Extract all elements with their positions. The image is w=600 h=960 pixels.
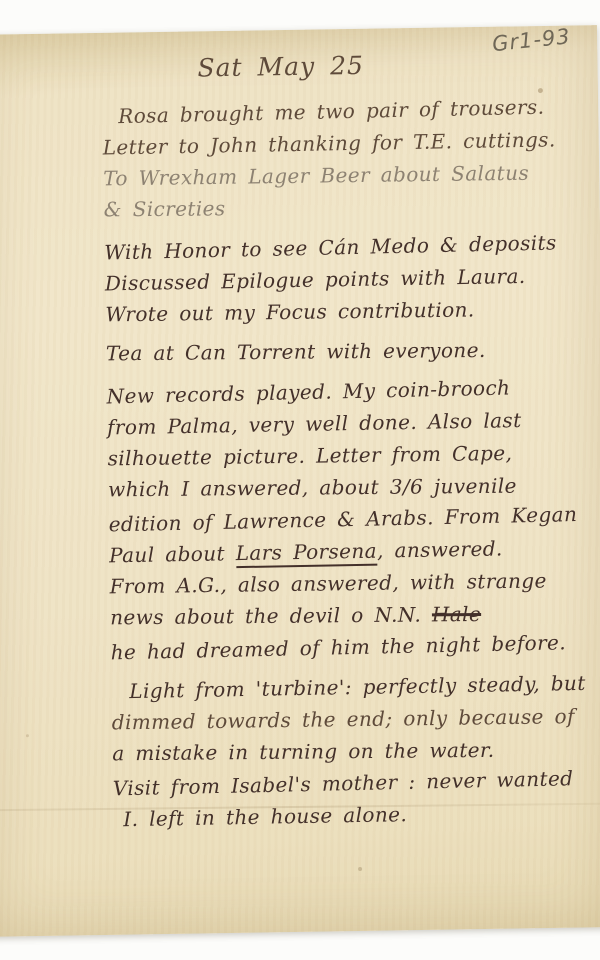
entry-text: edition of Lawrence & Arabs. From Kegan: [108, 502, 577, 536]
entry-text: Light from 'turbine': perfectly steady, …: [129, 671, 586, 703]
entry-text: he had dreamed of him the night before.: [110, 630, 566, 664]
entry-text: Tea at Can Torrent with everyone.: [106, 338, 486, 365]
entry-text: from Palma, very well done. Also last: [107, 408, 522, 439]
entry-text: Visit from Isabel's mother : never wante…: [113, 766, 574, 800]
entry-text: With Honor to see Cán Medo & deposits: [104, 230, 557, 264]
entry-line: & Sicreties: [104, 189, 572, 225]
entry-text: dimmed towards the end; only because of: [112, 704, 575, 734]
entry-date-heading: Sat May 25: [197, 48, 569, 83]
foxing-speck: [26, 734, 29, 737]
entry-text: Discussed Epilogue points with Laura.: [105, 264, 526, 296]
foxing-speck: [538, 88, 543, 93]
entry-text: which I answered, about 3/6 juvenile: [108, 474, 517, 502]
entry-text: , answered.: [377, 536, 503, 562]
entry-text-underline: Lars Porsena: [235, 539, 377, 569]
foxing-speck: [358, 867, 362, 871]
diary-page: Gr1-93 Sat May 25 Rosa brought me two pa…: [0, 25, 600, 937]
entry-text: news about the devil o N.N.: [110, 602, 432, 629]
entry-body: Rosa brought me two pair of trousers.Let…: [102, 92, 582, 835]
entry-text: Rosa brought me two pair of trousers.: [118, 95, 545, 128]
entry-text: Letter to John thanking for T.E. cutting…: [103, 127, 556, 159]
entry-line: From A.G., also answered, with strange: [109, 564, 577, 602]
entry-text: To Wrexham Lager Beer about Salatus: [103, 161, 529, 191]
entry-line: To Wrexham Lager Beer about Salatus: [103, 156, 571, 194]
entry-line: Tea at Can Torrent with everyone.: [106, 333, 574, 369]
entry-text-strike: Hale: [432, 602, 481, 626]
entry-text: New records played. My coin-brooch: [106, 375, 510, 408]
entry-text: & Sicreties: [104, 196, 226, 221]
diary-entry: Sat May 25 Rosa brought me two pair of t…: [101, 48, 581, 835]
entry-text: Wrote out my Focus contribution.: [105, 297, 475, 326]
entry-text: silhouette picture. Letter from Cape,: [107, 441, 512, 470]
entry-text: a mistake in turning on the water.: [112, 738, 494, 766]
scanned-document-background: Gr1-93 Sat May 25 Rosa brought me two pa…: [0, 0, 600, 960]
entry-line: Wrote out my Focus contribution.: [105, 292, 573, 330]
entry-text: From A.G., also answered, with strange: [109, 568, 546, 598]
entry-line: dimmed towards the end; only because of: [112, 700, 580, 738]
entry-text: Paul about: [109, 541, 236, 567]
entry-line: silhouette picture. Letter from Cape,: [107, 436, 575, 474]
